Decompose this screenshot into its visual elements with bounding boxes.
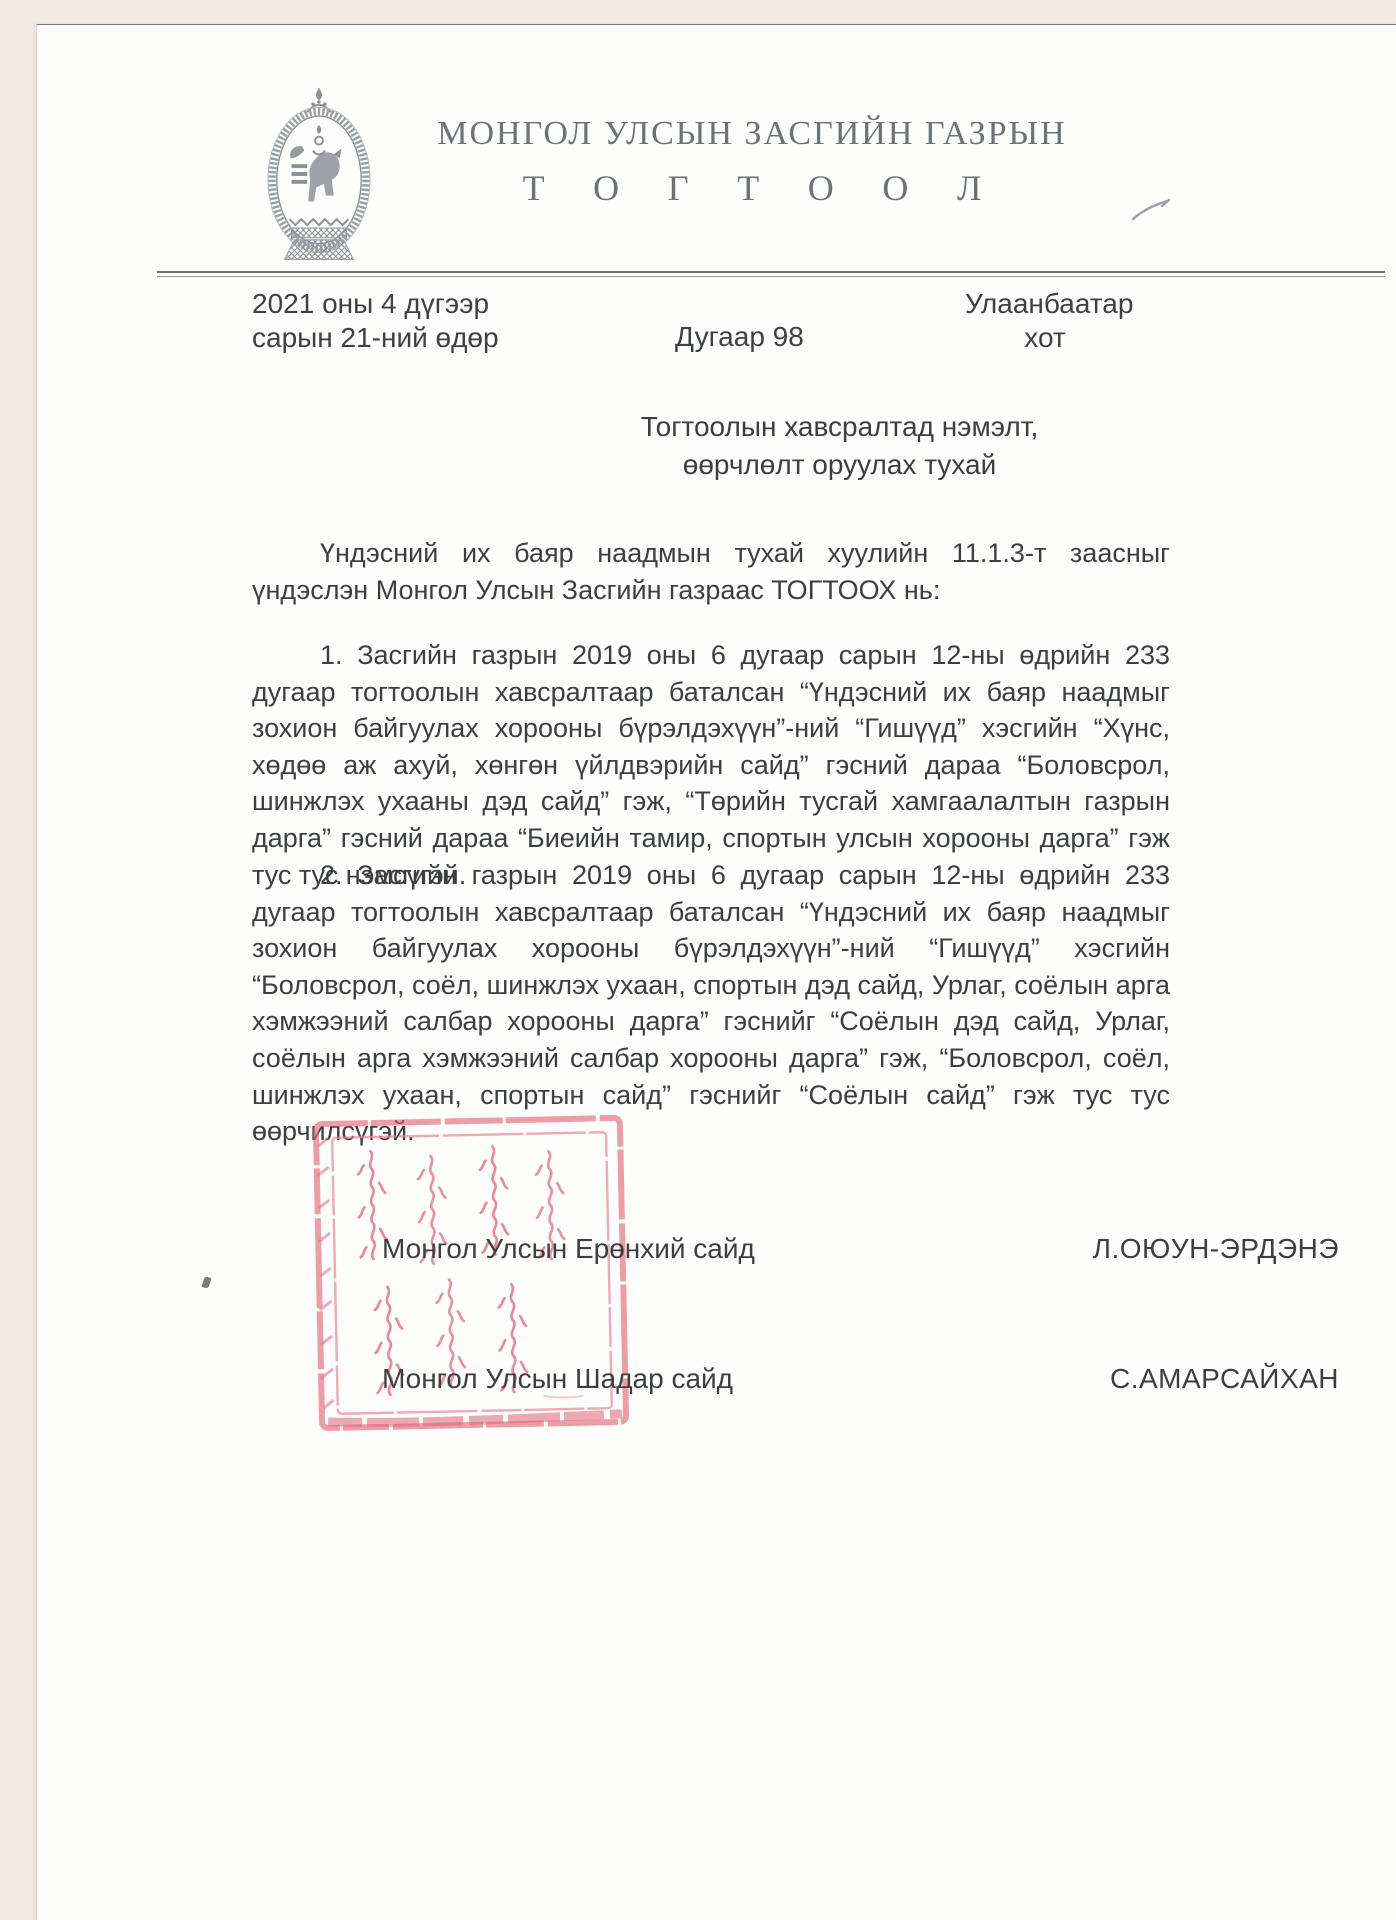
signatory-title: Монгол Улсын Ерөнхий сайд (382, 1233, 755, 1265)
decree-clause-1: 1. Засгийн газрын 2019 оны 6 дугаар сары… (252, 637, 1170, 893)
signatory-title: Монгол Улсын Шадар сайд (382, 1363, 733, 1395)
mongolia-state-emblem-icon (265, 85, 373, 263)
paper-page: МОНГОЛ УЛСЫН ЗАСГИЙН ГАЗРЫН Т О Г Т О О … (36, 24, 1396, 1920)
decree-clause-2: 2. Засгийн газрын 2019 оны 6 дугаар сары… (252, 857, 1170, 1150)
header-divider (157, 271, 1385, 277)
org-name-line: МОНГОЛ УЛСЫН ЗАСГИЙН ГАЗРЫН (427, 115, 1077, 153)
pen-checkmark-icon (1130, 197, 1172, 225)
scan-artifact-speck (201, 1276, 211, 1289)
decree-date-line1: 2021 оны 4 дүгээр (252, 287, 499, 321)
signature-row-deputy-prime-minister: Монгол Улсын Шадар сайд С.АМАРСАЙХАН (382, 1363, 1339, 1395)
decree-city: Улаанбаатар хот (965, 287, 1125, 355)
decree-subject-line1: Тогтоолын хавсралтад нэмэлт, (557, 408, 1122, 446)
decree-city-line2: хот (965, 321, 1125, 355)
decree-number: Дугаар 98 (675, 321, 804, 353)
decree-date-line2: сарын 21-ний өдөр (252, 321, 499, 355)
decree-date: 2021 оны 4 дүгээр сарын 21-ний өдөр (252, 287, 499, 355)
signature-row-prime-minister: Монгол Улсын Ерөнхий сайд Л.ОЮУН-ЭРДЭНЭ (382, 1233, 1339, 1265)
decree-subject: Тогтоолын хавсралтад нэмэлт, өөрчлөлт ор… (557, 408, 1122, 484)
document-type-line: Т О Г Т О О Л (427, 167, 1077, 209)
scanned-document: МОНГОЛ УЛСЫН ЗАСГИЙН ГАЗРЫН Т О Г Т О О … (0, 0, 1396, 1920)
signatory-name: С.АМАРСАЙХАН (1110, 1363, 1339, 1395)
decree-subject-line2: өөрчлөлт оруулах тухай (557, 446, 1122, 484)
signatory-name: Л.ОЮУН-ЭРДЭНЭ (1093, 1233, 1339, 1265)
decree-preamble: Үндэсний их баяр наадмын тухай хуулийн 1… (252, 535, 1170, 608)
decree-city-line1: Улаанбаатар (965, 287, 1125, 321)
document-header: МОНГОЛ УЛСЫН ЗАСГИЙН ГАЗРЫН Т О Г Т О О … (427, 115, 1077, 209)
